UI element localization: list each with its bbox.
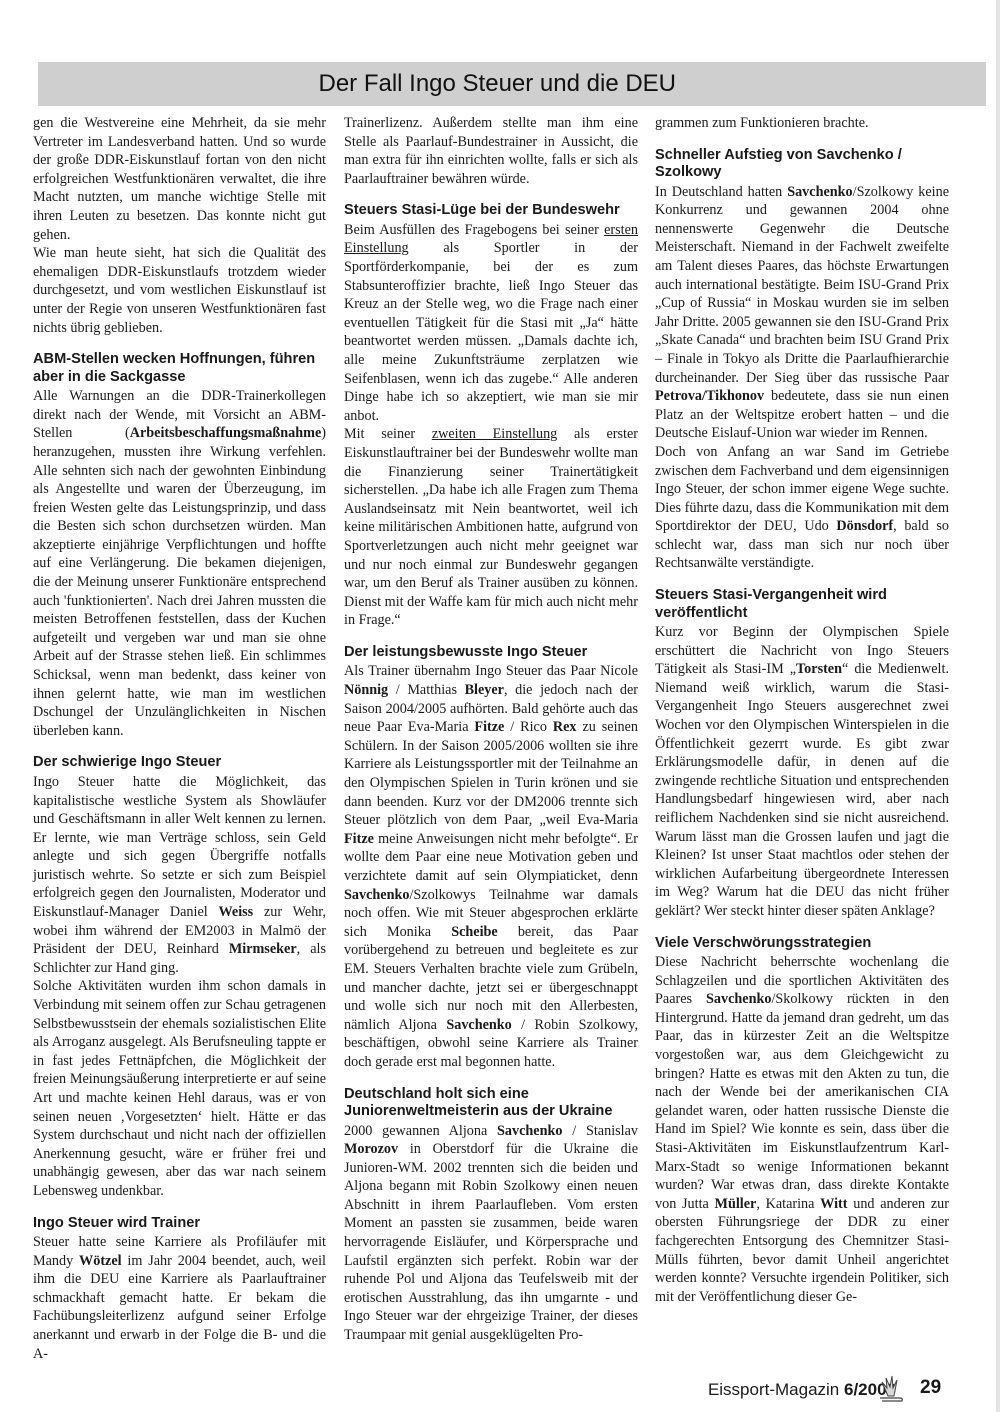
paragraph: grammen zum Funktionieren brachte.: [655, 114, 949, 133]
paragraph: In Deutschland hatten Savchenko/Szolkowy…: [655, 183, 949, 443]
paragraph: Ingo Steuer hatte die Möglichkeit, das k…: [33, 773, 326, 978]
section-heading: Steuers Stasi-Vergangenheit wird veröffe…: [655, 587, 949, 622]
paragraph: Diese Nachricht beherrschte wochenlang d…: [655, 953, 949, 1306]
section-heading: Viele Verschwörungsstrategien: [655, 935, 949, 953]
footer-magazine: Eissport-Magazin 6/2006: [708, 1380, 896, 1400]
section-heading: Schneller Aufstieg von Savchenko / Szolk…: [655, 147, 949, 182]
section-header-bar: Der Fall Ingo Steuer und die DEU: [38, 62, 986, 106]
paragraph: Steuer hatte seine Karriere als Profiläu…: [33, 1233, 326, 1363]
section-heading: Deutschland holt sich eine Juniorenweltm…: [344, 1086, 638, 1121]
page-number: 29: [920, 1377, 941, 1399]
section-heading: ABM-Stellen wecken Hoffnungen, führen ab…: [33, 351, 326, 386]
paragraph: Als Trainer übernahm Ingo Steuer das Paa…: [344, 662, 638, 1071]
section-heading: Der leistungsbewusste Ingo Steuer: [344, 644, 638, 662]
column-1: gen die Westvereine eine Mehrheit, da si…: [33, 114, 326, 1363]
section-heading: Ingo Steuer wird Trainer: [33, 1215, 326, 1233]
paragraph: Beim Ausfüllen des Fragebogens bei seine…: [344, 221, 638, 426]
section-heading: Steuers Stasi-Lüge bei der Bundeswehr: [344, 202, 638, 220]
paragraph: Doch von Anfang an war Sand im Getriebe …: [655, 443, 949, 573]
article-title: Der Fall Ingo Steuer und die DEU: [318, 70, 676, 98]
column-2: Trainerlizenz. Außerdem stellte man ihm …: [344, 114, 638, 1345]
paragraph: Trainerlizenz. Außerdem stellte man ihm …: [344, 114, 638, 188]
paragraph: Mit seiner zweiten Einstellung als erste…: [344, 425, 638, 630]
paragraph: Solche Aktivitäten wurden ihm schon dama…: [33, 977, 326, 1200]
paragraph: 2000 gewannen Aljona Savchenko / Stanisl…: [344, 1122, 638, 1345]
paragraph: gen die Westvereine eine Mehrheit, da si…: [33, 114, 326, 244]
page-footer: Eissport-Magazin 6/2006 29: [0, 1378, 1000, 1408]
ice-skate-wing-icon: [876, 1374, 904, 1404]
paragraph: Kurz vor Beginn der Olympischen Spiele e…: [655, 623, 949, 921]
magazine-name: Eissport-Magazin: [708, 1380, 839, 1399]
section-heading: Der schwierige Ingo Steuer: [33, 754, 326, 772]
column-3: grammen zum Funktionieren brachte.Schnel…: [655, 114, 949, 1306]
scan-edge: [996, 0, 1000, 1412]
paragraph: Alle Warnungen an die DDR-Trainerkollege…: [33, 387, 326, 740]
paragraph: Wie man heute sieht, hat sich die Qualit…: [33, 244, 326, 337]
